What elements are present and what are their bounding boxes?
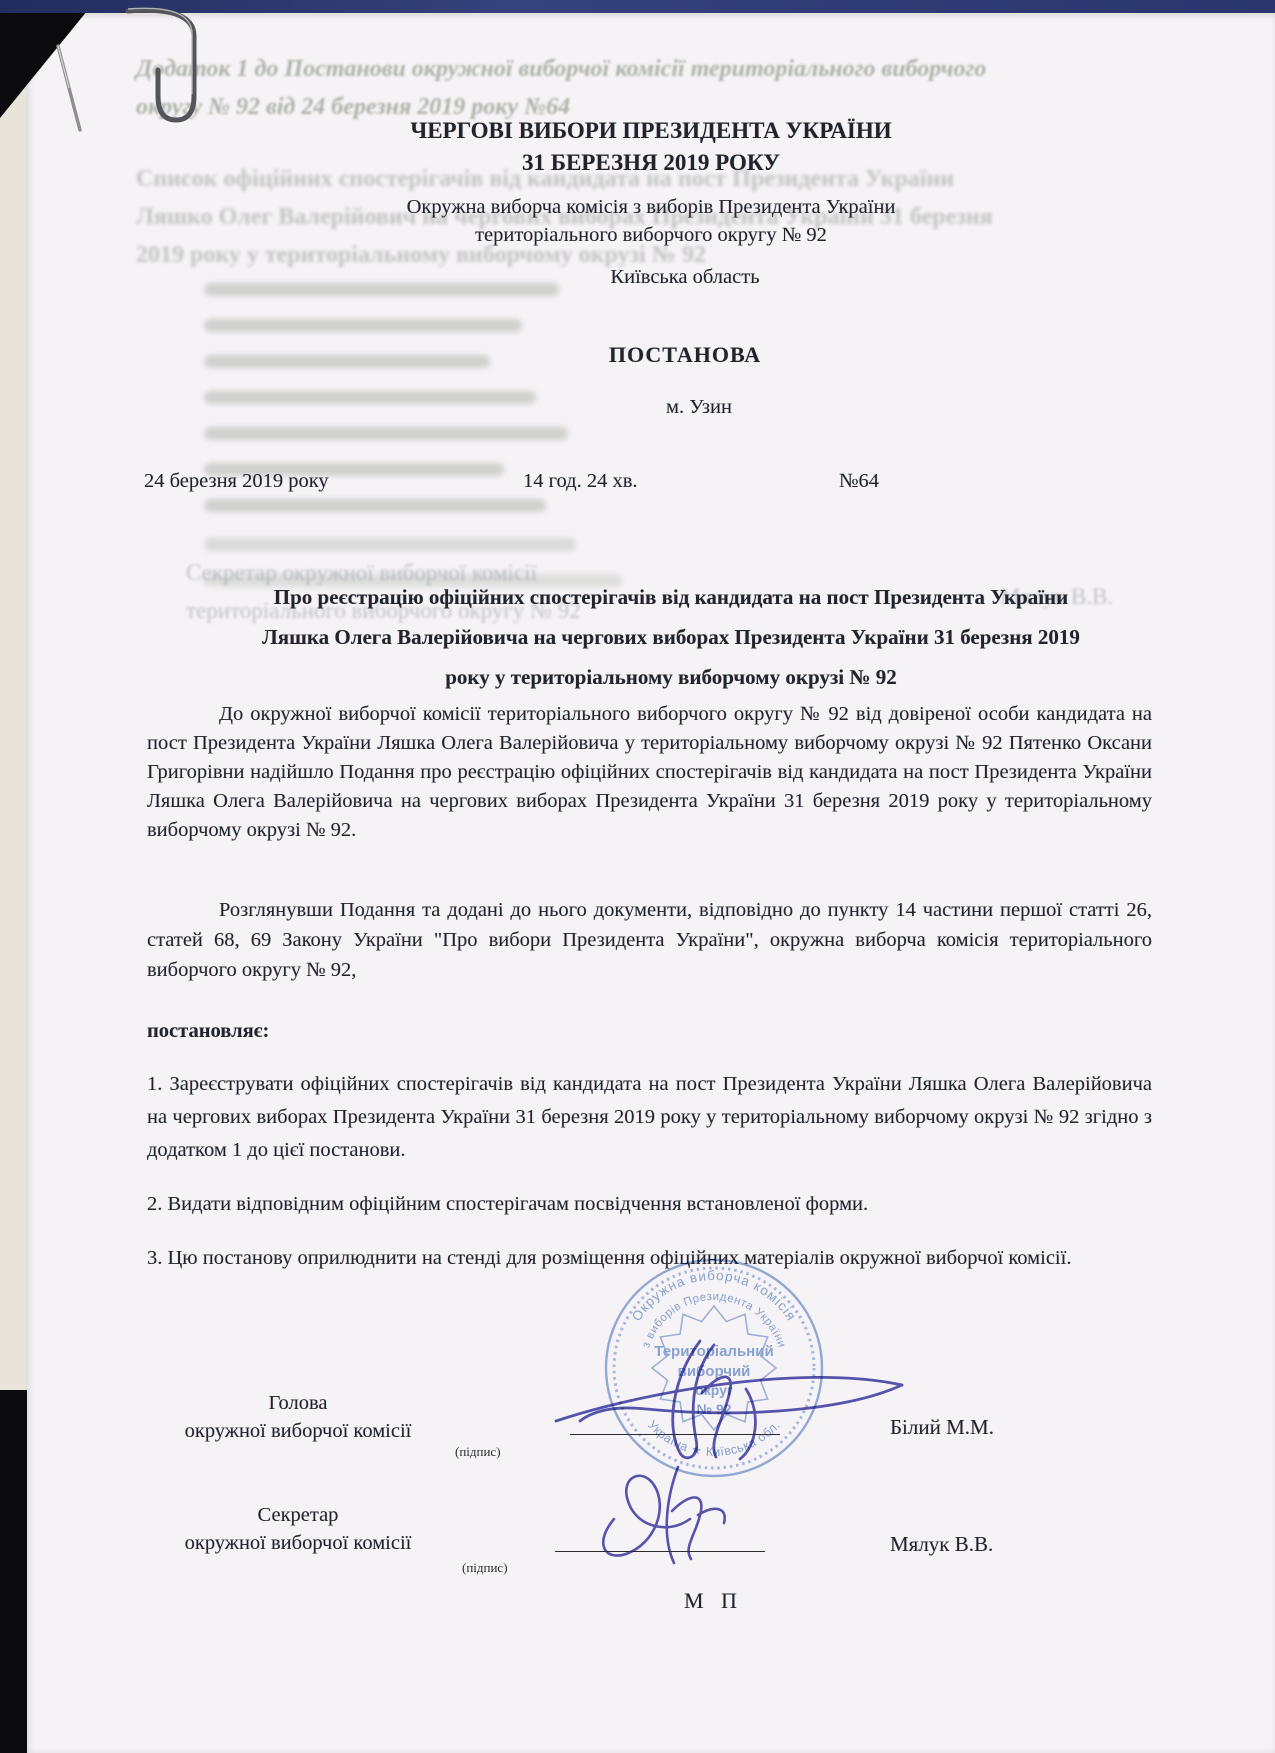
- secretary-signature-ink: [580, 1455, 770, 1570]
- meta-number: №64: [839, 470, 879, 493]
- paragraph-1: До окружної виборчої комісії територіаль…: [147, 700, 1152, 845]
- bleedthrough-appendix-line2: округу № 92 від 24 березня 2019 року №64: [136, 94, 1036, 121]
- ghost-list-smudge: [204, 319, 522, 332]
- document-type-title: ПОСТАНОВА: [155, 342, 1215, 368]
- head-name: Білий М.М.: [890, 1415, 994, 1440]
- ghost-list-smudge: [204, 427, 568, 440]
- ghost-list-smudge: [204, 538, 576, 551]
- secretary-role-line2: окружної виборчої комісії: [118, 1532, 478, 1555]
- head-role-line2: окружної виборчої комісії: [118, 1420, 478, 1443]
- seal-place-mark: М П: [684, 1588, 743, 1614]
- subject-line2: Ляшка Олега Валерійовича на чергових виб…: [141, 625, 1201, 650]
- paragraph-2: Розглянувши Подання та додані до нього д…: [147, 895, 1152, 985]
- commission-name-line2: територіального виборчого округу № 92: [121, 224, 1181, 247]
- ghost-list-smudge: [204, 499, 546, 512]
- secretary-signature-line: [555, 1550, 765, 1552]
- bleedthrough-secretary-line1: Секретар окружної виборчої комісії: [186, 560, 786, 586]
- election-title-line1: ЧЕРГОВІ ВИБОРИ ПРЕЗИДЕНТА УКРАЇНИ: [121, 118, 1181, 144]
- secretary-signature-caption: (підпис): [462, 1560, 508, 1576]
- resolution-item-1: 1. Зареєструвати офіційних спостерігачів…: [147, 1068, 1152, 1167]
- scanner-left-edge: [0, 1390, 27, 1753]
- election-title-line2: 31 БЕРЕЗНЯ 2019 РОКУ: [121, 150, 1181, 176]
- resolves-label: постановляє:: [147, 1020, 269, 1043]
- document-page: Додаток 1 до Постанови окружної виборчої…: [26, 14, 1275, 1753]
- city-label: м. Узин: [169, 396, 1229, 419]
- head-signature-line: [570, 1433, 780, 1435]
- meta-time: 14 год. 24 хв.: [523, 470, 638, 493]
- subject-line1: Про реєстрацію офіційних спостерігачів в…: [141, 585, 1201, 610]
- region-label: Київська область: [155, 266, 1215, 289]
- pin: [48, 40, 94, 140]
- subject-line3: року у територіальному виборчому окрузі …: [141, 665, 1201, 690]
- secretary-role-line1: Секретар: [118, 1504, 478, 1527]
- head-signature-caption: (підпис): [455, 1444, 501, 1460]
- scanned-page-background: { "doc": { "election_title": ["ЧЕРГОВІ В…: [0, 0, 1275, 1753]
- paperclip: [110, 0, 220, 140]
- meta-date: 24 березня 2019 року: [144, 470, 329, 493]
- bleedthrough-appendix-line1: Додаток 1 до Постанови окружної виборчої…: [136, 56, 1216, 83]
- resolution-item-2: 2. Видати відповідним офіційним спостері…: [147, 1190, 1152, 1219]
- commission-name-line1: Окружна виборча комісія з виборів Презид…: [121, 196, 1181, 219]
- head-role-line1: Голова: [118, 1392, 478, 1415]
- meta-row: 24 березня 2019 року 14 год. 24 хв. №64: [26, 470, 1275, 498]
- secretary-name: Мялук В.В.: [890, 1532, 993, 1557]
- head-signature-ink: [550, 1335, 910, 1465]
